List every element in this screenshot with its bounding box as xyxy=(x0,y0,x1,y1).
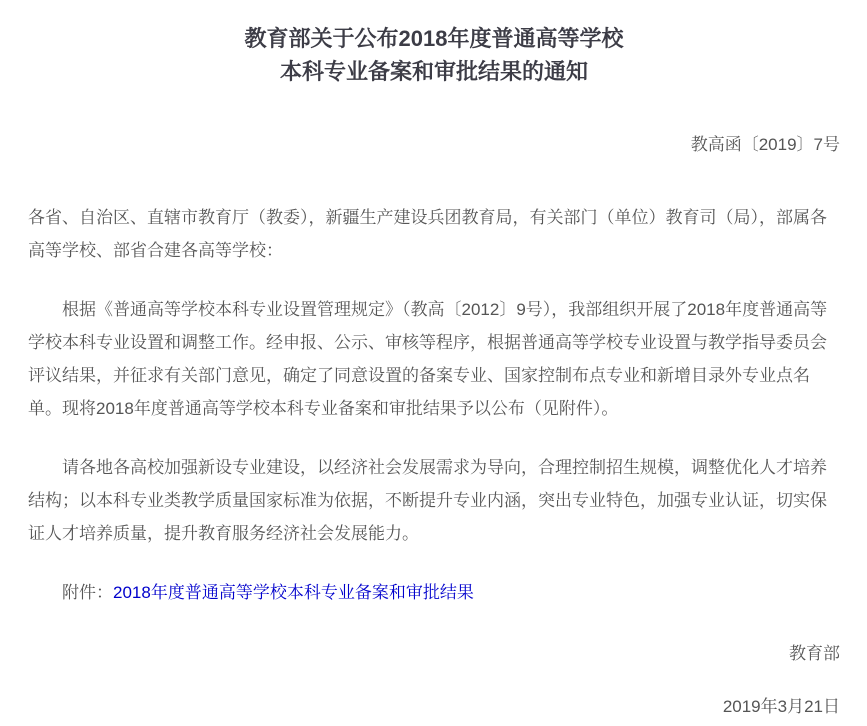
document-date: 2019年3月21日 xyxy=(28,690,840,723)
document-title-line2: 本科专业备案和审批结果的通知 xyxy=(28,55,840,88)
body-paragraph-2: 请各地各高校加强新设专业建设，以经济社会发展需求为导向，合理控制招生规模，调整优… xyxy=(28,451,840,550)
attachment-link[interactable]: 2018年度普通高等学校本科专业备案和审批结果 xyxy=(113,583,474,602)
body-paragraph-1: 根据《普通高等学校本科专业设置管理规定》（教高〔2012〕9号），我部组织开展了… xyxy=(28,293,840,425)
document-title-line1: 教育部关于公布2018年度普通高等学校 xyxy=(28,22,840,55)
issuing-authority: 教育部 xyxy=(28,637,840,670)
document-title: 教育部关于公布2018年度普通高等学校 本科专业备案和审批结果的通知 xyxy=(28,22,840,88)
document-number: 教高函〔2019〕7号 xyxy=(28,128,840,161)
attachment-label: 附件： xyxy=(62,583,113,602)
salutation-paragraph: 各省、自治区、直辖市教育厅（教委），新疆生产建设兵团教育局，有关部门（单位）教育… xyxy=(28,201,840,267)
attachment-line: 附件：2018年度普通高等学校本科专业备案和审批结果 xyxy=(28,576,840,609)
notice-document: 教育部关于公布2018年度普通高等学校 本科专业备案和审批结果的通知 教高函〔2… xyxy=(0,0,867,723)
